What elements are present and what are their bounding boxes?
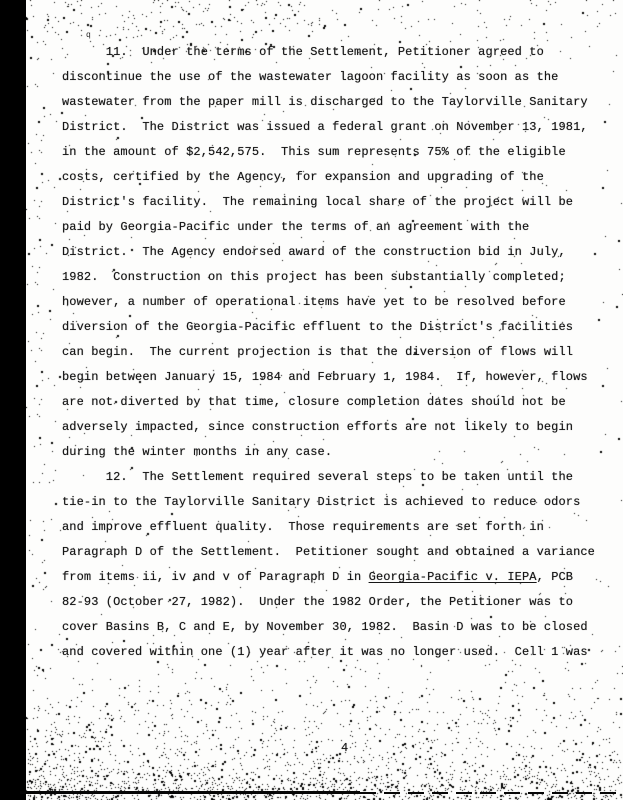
scan-edge-left-bar	[0, 0, 26, 800]
document-line: during the winter months in any case.	[62, 440, 610, 465]
document-line: in the amount of $2,542,575. This sum re…	[62, 140, 610, 165]
document-line: District. The Agency endorsed award of t…	[62, 240, 610, 265]
document-line: tie-in to the Taylorville Sanitary Distr…	[62, 490, 610, 515]
document-line: from items ii, iv and v of Paragraph D i…	[62, 565, 610, 590]
document-line: 82-93 (October 27, 1982). Under the 1982…	[62, 590, 610, 615]
document-line: and covered within one (1) year after it…	[62, 640, 610, 665]
document-line: 12. The Settlement required several step…	[62, 465, 610, 490]
document-line: begin between January 15, 1984 and Febru…	[62, 365, 610, 390]
document-line: paid by Georgia-Pacific under the terms …	[62, 215, 610, 240]
document-line: District. The District was issued a fede…	[62, 115, 610, 140]
line-segment: from items ii, iv and v of Paragraph D i…	[62, 570, 369, 584]
document-line: 11. Under the terms of the Settlement, P…	[62, 40, 610, 65]
document-line: adversely impacted, since construction e…	[62, 415, 610, 440]
document-line: costs, certified by the Agency, for expa…	[62, 165, 610, 190]
paragraph-12: 12. The Settlement required several step…	[62, 465, 610, 665]
document-line: and improve effluent quality. Those requ…	[62, 515, 610, 540]
document-line: cover Basins B, C and E, by November 30,…	[62, 615, 610, 640]
document-body: 11. Under the terms of the Settlement, P…	[62, 40, 610, 665]
case-citation: Georgia-Pacific v. IEPA	[369, 570, 537, 584]
document-line: Paragraph D of the Settlement. Petitione…	[62, 540, 610, 565]
document-line: discontinue the use of the wastewater la…	[62, 65, 610, 90]
line-segment: , PCB	[537, 570, 574, 584]
document-line: District's facility. The remaining local…	[62, 190, 610, 215]
document-line: however, a number of operational items h…	[62, 290, 610, 315]
document-line: can begin. The current projection is tha…	[62, 340, 610, 365]
document-line: are not diverted by that time, closure c…	[62, 390, 610, 415]
document-line: wastewater from the paper mill is discha…	[62, 90, 610, 115]
page-number: 4	[341, 741, 348, 755]
stray-ink-mark: q	[86, 31, 91, 40]
paragraph-11: 11. Under the terms of the Settlement, P…	[62, 40, 610, 465]
scanned-document-page: q 11. Under the terms of the Settlement,…	[0, 0, 623, 800]
scan-edge-bottom-line-dashed	[360, 792, 623, 794]
document-line: 1982. Construction on this project has b…	[62, 265, 610, 290]
scan-edge-bottom-line	[20, 791, 360, 794]
document-line: diversion of the Georgia-Pacific effluen…	[62, 315, 610, 340]
